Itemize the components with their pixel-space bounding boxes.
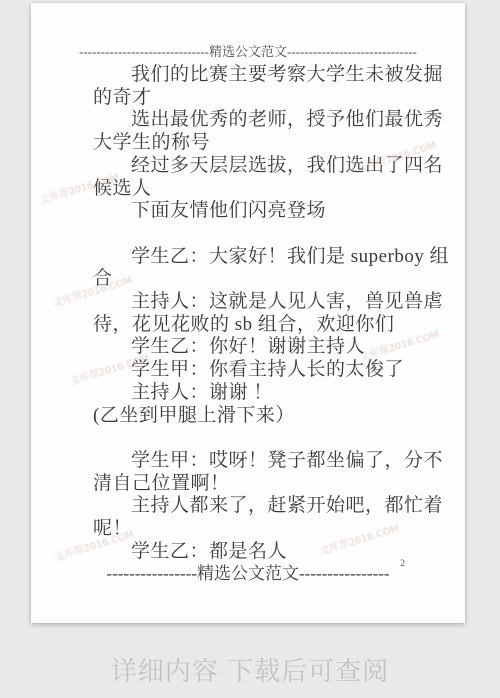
text-line: 下面友情他们闪亮登场	[93, 200, 405, 223]
text-line: 呢！	[93, 518, 405, 541]
blank-line	[93, 427, 405, 450]
page-footer-line: ----------------精选公文范文---------------- 2	[31, 559, 465, 584]
text-line: 学生乙：大家好！我们是 superboy 组	[93, 246, 405, 269]
preview-note: 详细内容 下载后可查阅	[0, 651, 500, 688]
document-body: 我们的比赛主要考察大学生未被发掘的奇才选出最优秀的老师，授予他们最优秀大学生的称…	[93, 64, 405, 563]
text-line: 学生甲：你看主持人长的太俊了	[93, 359, 405, 382]
text-line: 候选人	[93, 178, 405, 201]
page-number: 2	[400, 559, 405, 569]
page-header-line: ------------------------------精选公文范文----…	[31, 41, 465, 60]
text-line: 合	[93, 268, 405, 291]
text-line: 清自己位置啊！	[93, 473, 405, 496]
text-line: 经过多天层层选拔，我们选出了四名	[93, 155, 405, 178]
document-page: ------------------------------精选公文范文----…	[31, 3, 465, 623]
blank-line	[93, 223, 405, 246]
text-line: 主持人：谢谢 ！	[93, 382, 405, 405]
page-footer-text: ----------------精选公文范文----------------	[106, 564, 389, 583]
text-line: 学生乙：你好！谢谢主持人	[93, 336, 405, 359]
text-line: (乙坐到甲腿上滑下来）	[93, 405, 405, 428]
text-line: 的奇才	[93, 87, 405, 110]
text-line: 待，花见花败的 sb 组合，欢迎你们	[93, 314, 405, 337]
text-line: 我们的比赛主要考察大学生未被发掘	[93, 64, 405, 87]
text-line: 主持人都来了，赶紧开始吧，都忙着	[93, 495, 405, 518]
text-line: 大学生的称号	[93, 132, 405, 155]
text-line: 主持人：这就是人见人害，兽见兽虐	[93, 291, 405, 314]
text-line: 选出最优秀的老师，授予他们最优秀	[93, 109, 405, 132]
text-line: 学生甲：哎呀！凳子都坐偏了，分不	[93, 450, 405, 473]
